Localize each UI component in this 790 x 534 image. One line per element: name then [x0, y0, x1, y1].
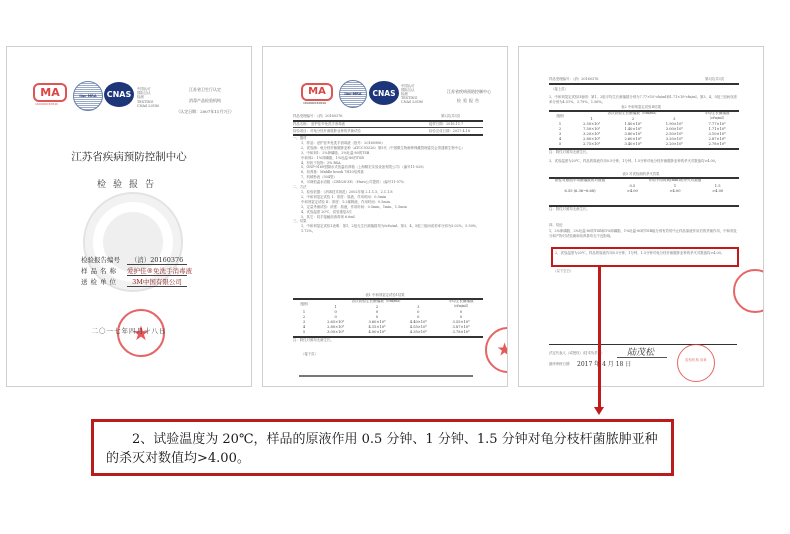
table2-caption: 表2 中和剂鉴定试验II结果 [519, 105, 763, 110]
issue-date: 二〇一七年四月十八日 [7, 326, 251, 335]
table2: 组别各次试验生长菌落数（cfu/ml）平均生长菌落数（cfu/ml） 123 1… [549, 111, 739, 146]
organization-name: 江苏省疾病预防控制中心 [7, 149, 251, 164]
blank-below-note: （以下空白） [553, 269, 573, 274]
table3: 阳性对照组平均菌落数的对数值作用不同时间(min)的杀灭对数值 0.511.5 … [549, 178, 739, 193]
table3-note: 注：阴性对照均无菌生长。 [549, 207, 590, 212]
cnas-logo: CNAS [369, 81, 399, 105]
cma-logo: MA [33, 83, 67, 102]
certification-lines: 江苏省卫生厅认定 消毒产品检验机构 （认定日期：2007年11月7日） [167, 84, 243, 117]
ilac-mra-logo: ilac-MRA [73, 81, 103, 111]
cma-number: 160000032849 [35, 102, 58, 106]
cnas-text: 中国认可 国际互认 检测 TESTING CNAS L0180 [137, 87, 159, 108]
cnas-logo: CNAS [104, 82, 134, 107]
cma-number: 160000032849 [303, 101, 326, 105]
highlight-source-box [551, 247, 739, 267]
report-cover-page: MA 160000032849 ilac-MRA CNAS 中国认可 国际互认 … [6, 46, 252, 387]
ilac-mra-logo: ilac-MRA [339, 80, 367, 108]
highlighted-conclusion-text: 2、试验温度为 20℃，样品的原液作用 0.5 分钟、1 分钟、1.5 分钟对龟… [106, 430, 666, 468]
table-row: 6.55 (6.36~6.68)>4.00>4.00>4.00 [549, 188, 739, 193]
page-header-org: 江苏省疾病预防控制中心 检验报告 [439, 87, 499, 105]
report-page-2: MA 160000032849 ilac-MRA CNAS 中国认可 国际互认 … [262, 46, 508, 387]
final-review-label: 最终审核日期 [549, 362, 569, 367]
table1: 组别各次试验生长菌落数（cfu/ml）平均生长菌落数（cfu/ml） 123 1… [293, 299, 483, 334]
table-row: 52.75×10⁶3.40×10⁶2.20×10⁶2.78×10⁶ [549, 141, 739, 146]
highlighted-conclusion-callout: 2、试验温度为 20℃，样品的原液作用 0.5 分钟、1 分钟、1.5 分钟对龟… [91, 419, 674, 476]
submitting-unit-field: 送检单位3M中国有限公司 [81, 277, 187, 287]
arrow-down-icon [598, 267, 601, 408]
table2-note: 注：阴性对照均无菌生长。 [549, 150, 590, 155]
signature-label: 法定代表人（或授权）/技术负责人） [549, 351, 604, 356]
inspection-agency-seal: 检验机构 用章 [677, 344, 715, 382]
arrow-head-icon [594, 407, 604, 415]
table1-note: 注：阴性对照均无菌生长。 [293, 338, 334, 343]
receive-date: 接样日期：2016.11.7 [429, 122, 463, 127]
report-page-3: 样品受理编号：（消）20160376 第3页/共3页 （接上页） 2、中和剂鉴定… [518, 46, 764, 387]
table3-caption: 表3 对试验菌的杀灭效果 [519, 172, 763, 177]
cnas-text: 中国认可 国际互认 检测 TESTING CNAS L0180 [401, 84, 423, 104]
sample-name-field: 样品名称爱护佳®免洗手消毒液 [81, 266, 187, 276]
final-review-date: 2017 年 4 月 18 日 [577, 359, 631, 368]
conclusion-title: 四、结论 [549, 223, 563, 228]
continued-note: （接下页） [301, 352, 318, 357]
cma-logo: MA [301, 83, 333, 101]
methods-sections: 一、器材 1、样品：爱护佳®免洗手消毒液（批号：20160906） 2、试验菌：… [293, 136, 483, 234]
report-date: 检验完成日期：2017.4.18 [429, 129, 470, 134]
official-red-seal [733, 269, 764, 313]
sample-name: 样品名称： 爱护佳®免洗手消毒液 [293, 122, 345, 127]
official-red-seal: ★ [485, 327, 508, 373]
conclusion-1: 1、2%卵磷脂、2%吐温-80的TSB和1%卵磷脂、1%吐温-80的TSB能分别… [549, 229, 739, 239]
star-icon: ★ [497, 340, 508, 361]
report-number: 样品受理编号：（消）20160376 [549, 77, 598, 82]
page-info: 第3页/共3页 [705, 77, 724, 82]
table1-caption: 表1 中和剂鉴定试验1结果 [263, 293, 507, 298]
neutralizer-result-2: 2、中和剂鉴定试验II表明：第1、2组平均生长菌落数分别为7.77×10⁵cfu… [549, 95, 739, 105]
report-number-field: 检验报告编号（消）20160376 [81, 255, 187, 265]
test-item: 检验项目：对龟分枝杆菌脓肿亚种的杀菌试验 [293, 129, 361, 134]
continued-from: （接上页） [551, 87, 568, 92]
table-row: 53.00×10⁶4.00×10⁶4.35×10⁶3.78×10⁶ [293, 329, 483, 334]
report-title: 检验报告 [7, 177, 251, 190]
page-info: 第2页/共3页 [441, 114, 460, 119]
kill-result-paragraph: 3、试验温度为20℃，样品的原液作用0.5分钟、1分钟、1.5分钟对龟分枝杆菌脓… [549, 159, 739, 164]
report-number: 样品受理编号：（消）20160376 [293, 114, 342, 119]
